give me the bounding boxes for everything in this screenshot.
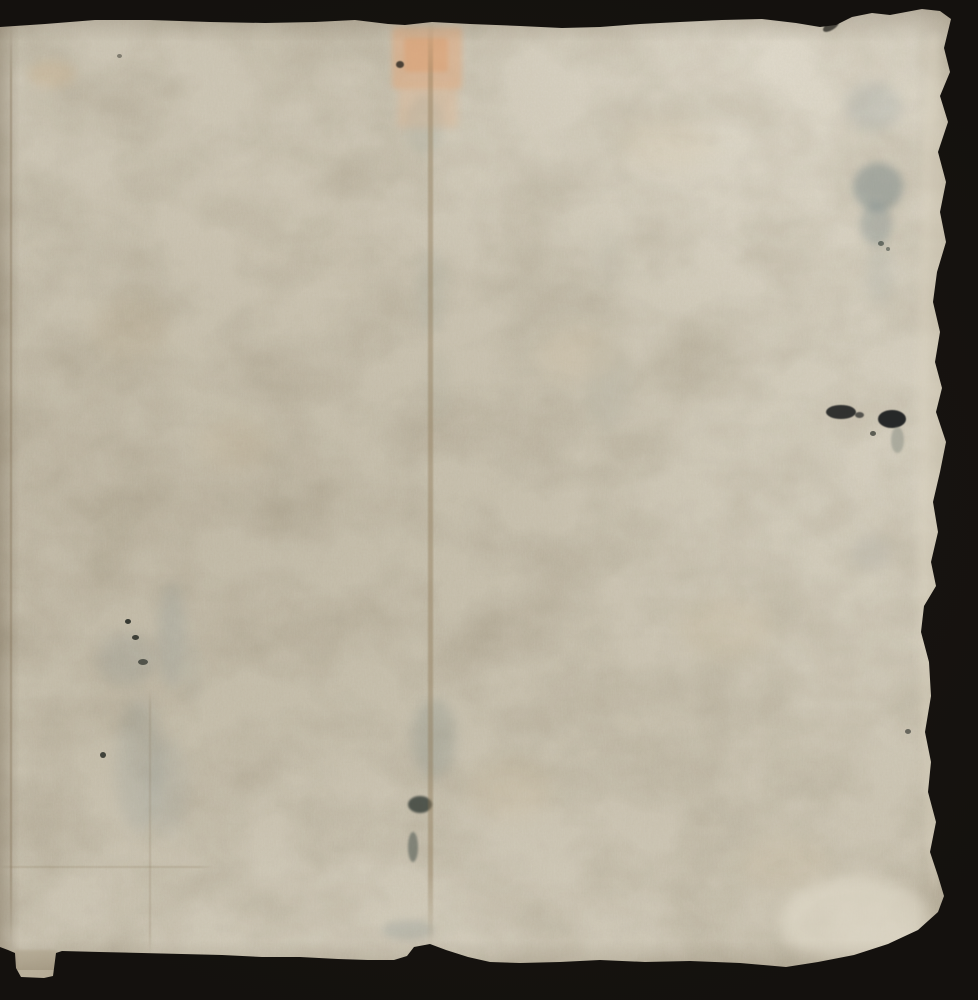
left-secondary-fold	[149, 690, 151, 955]
edge-shadow-bottom	[0, 940, 978, 970]
paper-page	[0, 0, 978, 1000]
center-vertical-crease	[428, 22, 433, 948]
bottom-left-horizontal-crease	[0, 866, 215, 868]
edge-shadow-left	[0, 0, 20, 1000]
crease-layer	[0, 0, 978, 1000]
edge-shadow-right	[914, 0, 960, 1000]
scan-scene	[0, 0, 978, 1000]
edge-shadow-top	[0, 0, 978, 42]
